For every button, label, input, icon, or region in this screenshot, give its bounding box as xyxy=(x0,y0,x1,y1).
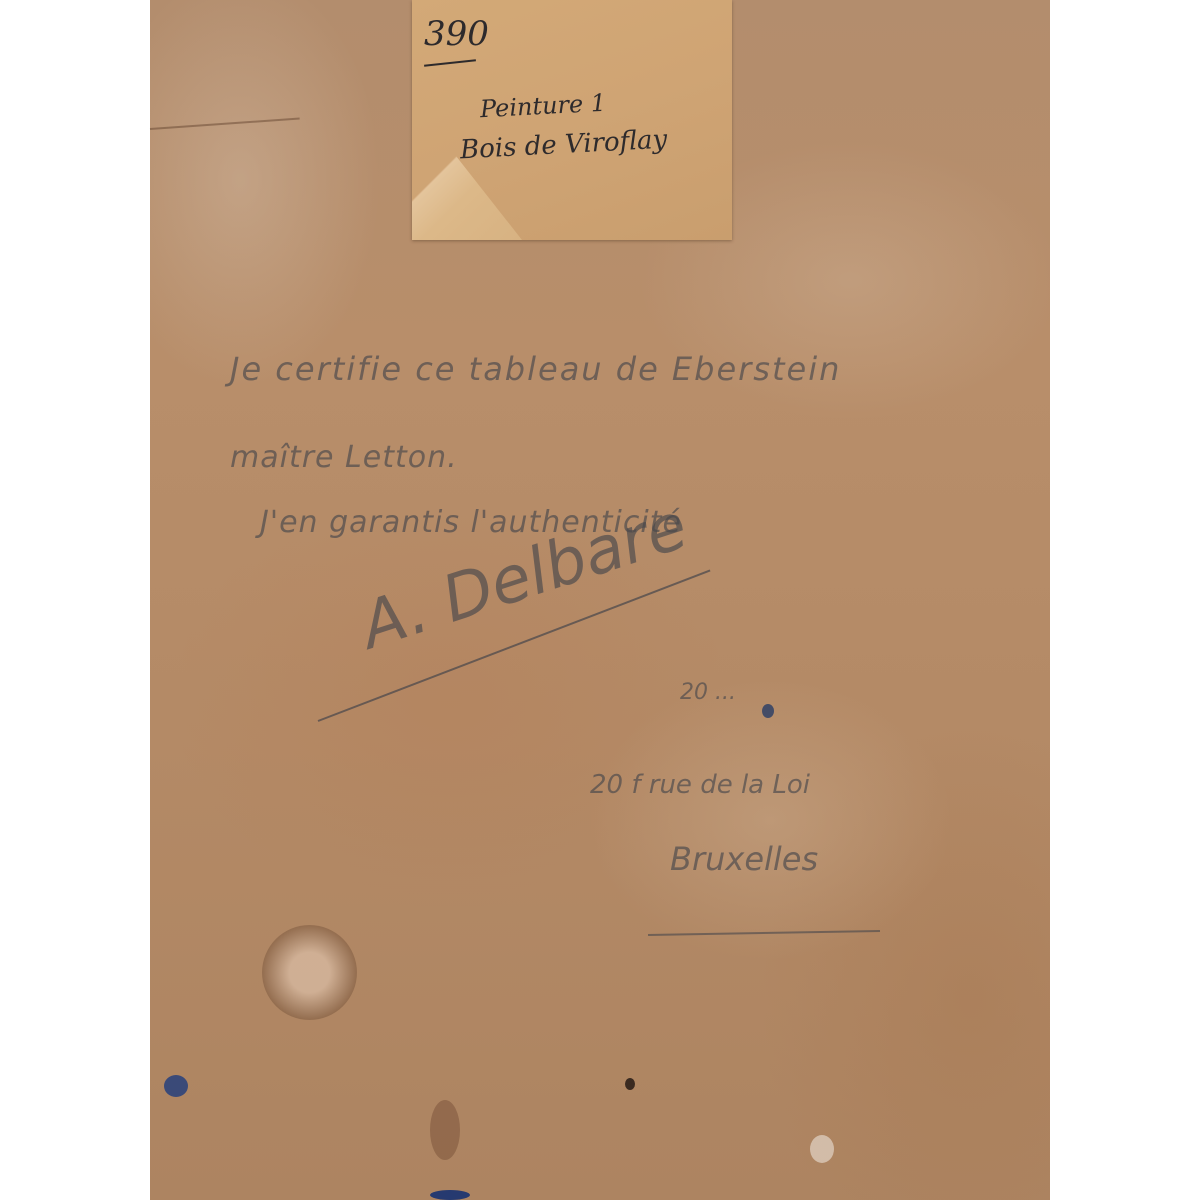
address-line-3: Bruxelles xyxy=(670,840,818,878)
address-line-1: 20 ... xyxy=(680,680,736,705)
label-line-1: Peinture 1 xyxy=(479,89,606,124)
paint-speck-white xyxy=(810,1135,834,1163)
paint-speck-blue xyxy=(164,1075,188,1097)
water-stain xyxy=(262,925,357,1020)
drip-stain xyxy=(430,1100,460,1160)
lot-underline xyxy=(424,59,476,66)
lot-number: 390 xyxy=(424,14,489,54)
paint-speck-dark xyxy=(625,1078,635,1090)
paint-speck-blue-bottom xyxy=(430,1190,470,1200)
inscription-line-1: Je certifie ce tableau de Eberstein xyxy=(230,350,841,388)
inscription-line-2: maître Letton. xyxy=(230,440,458,475)
paper-label: 390 Peinture 1 Bois de Viroflay xyxy=(412,0,732,240)
board-crease xyxy=(150,118,300,130)
painting-back-board: 390 Peinture 1 Bois de Viroflay Je certi… xyxy=(150,0,1050,1200)
address-line-2: 20 f rue de la Loi xyxy=(590,770,810,800)
address-underline xyxy=(648,930,880,936)
label-line-2: Bois de Viroflay xyxy=(459,125,668,166)
graphite-mark xyxy=(762,704,774,718)
